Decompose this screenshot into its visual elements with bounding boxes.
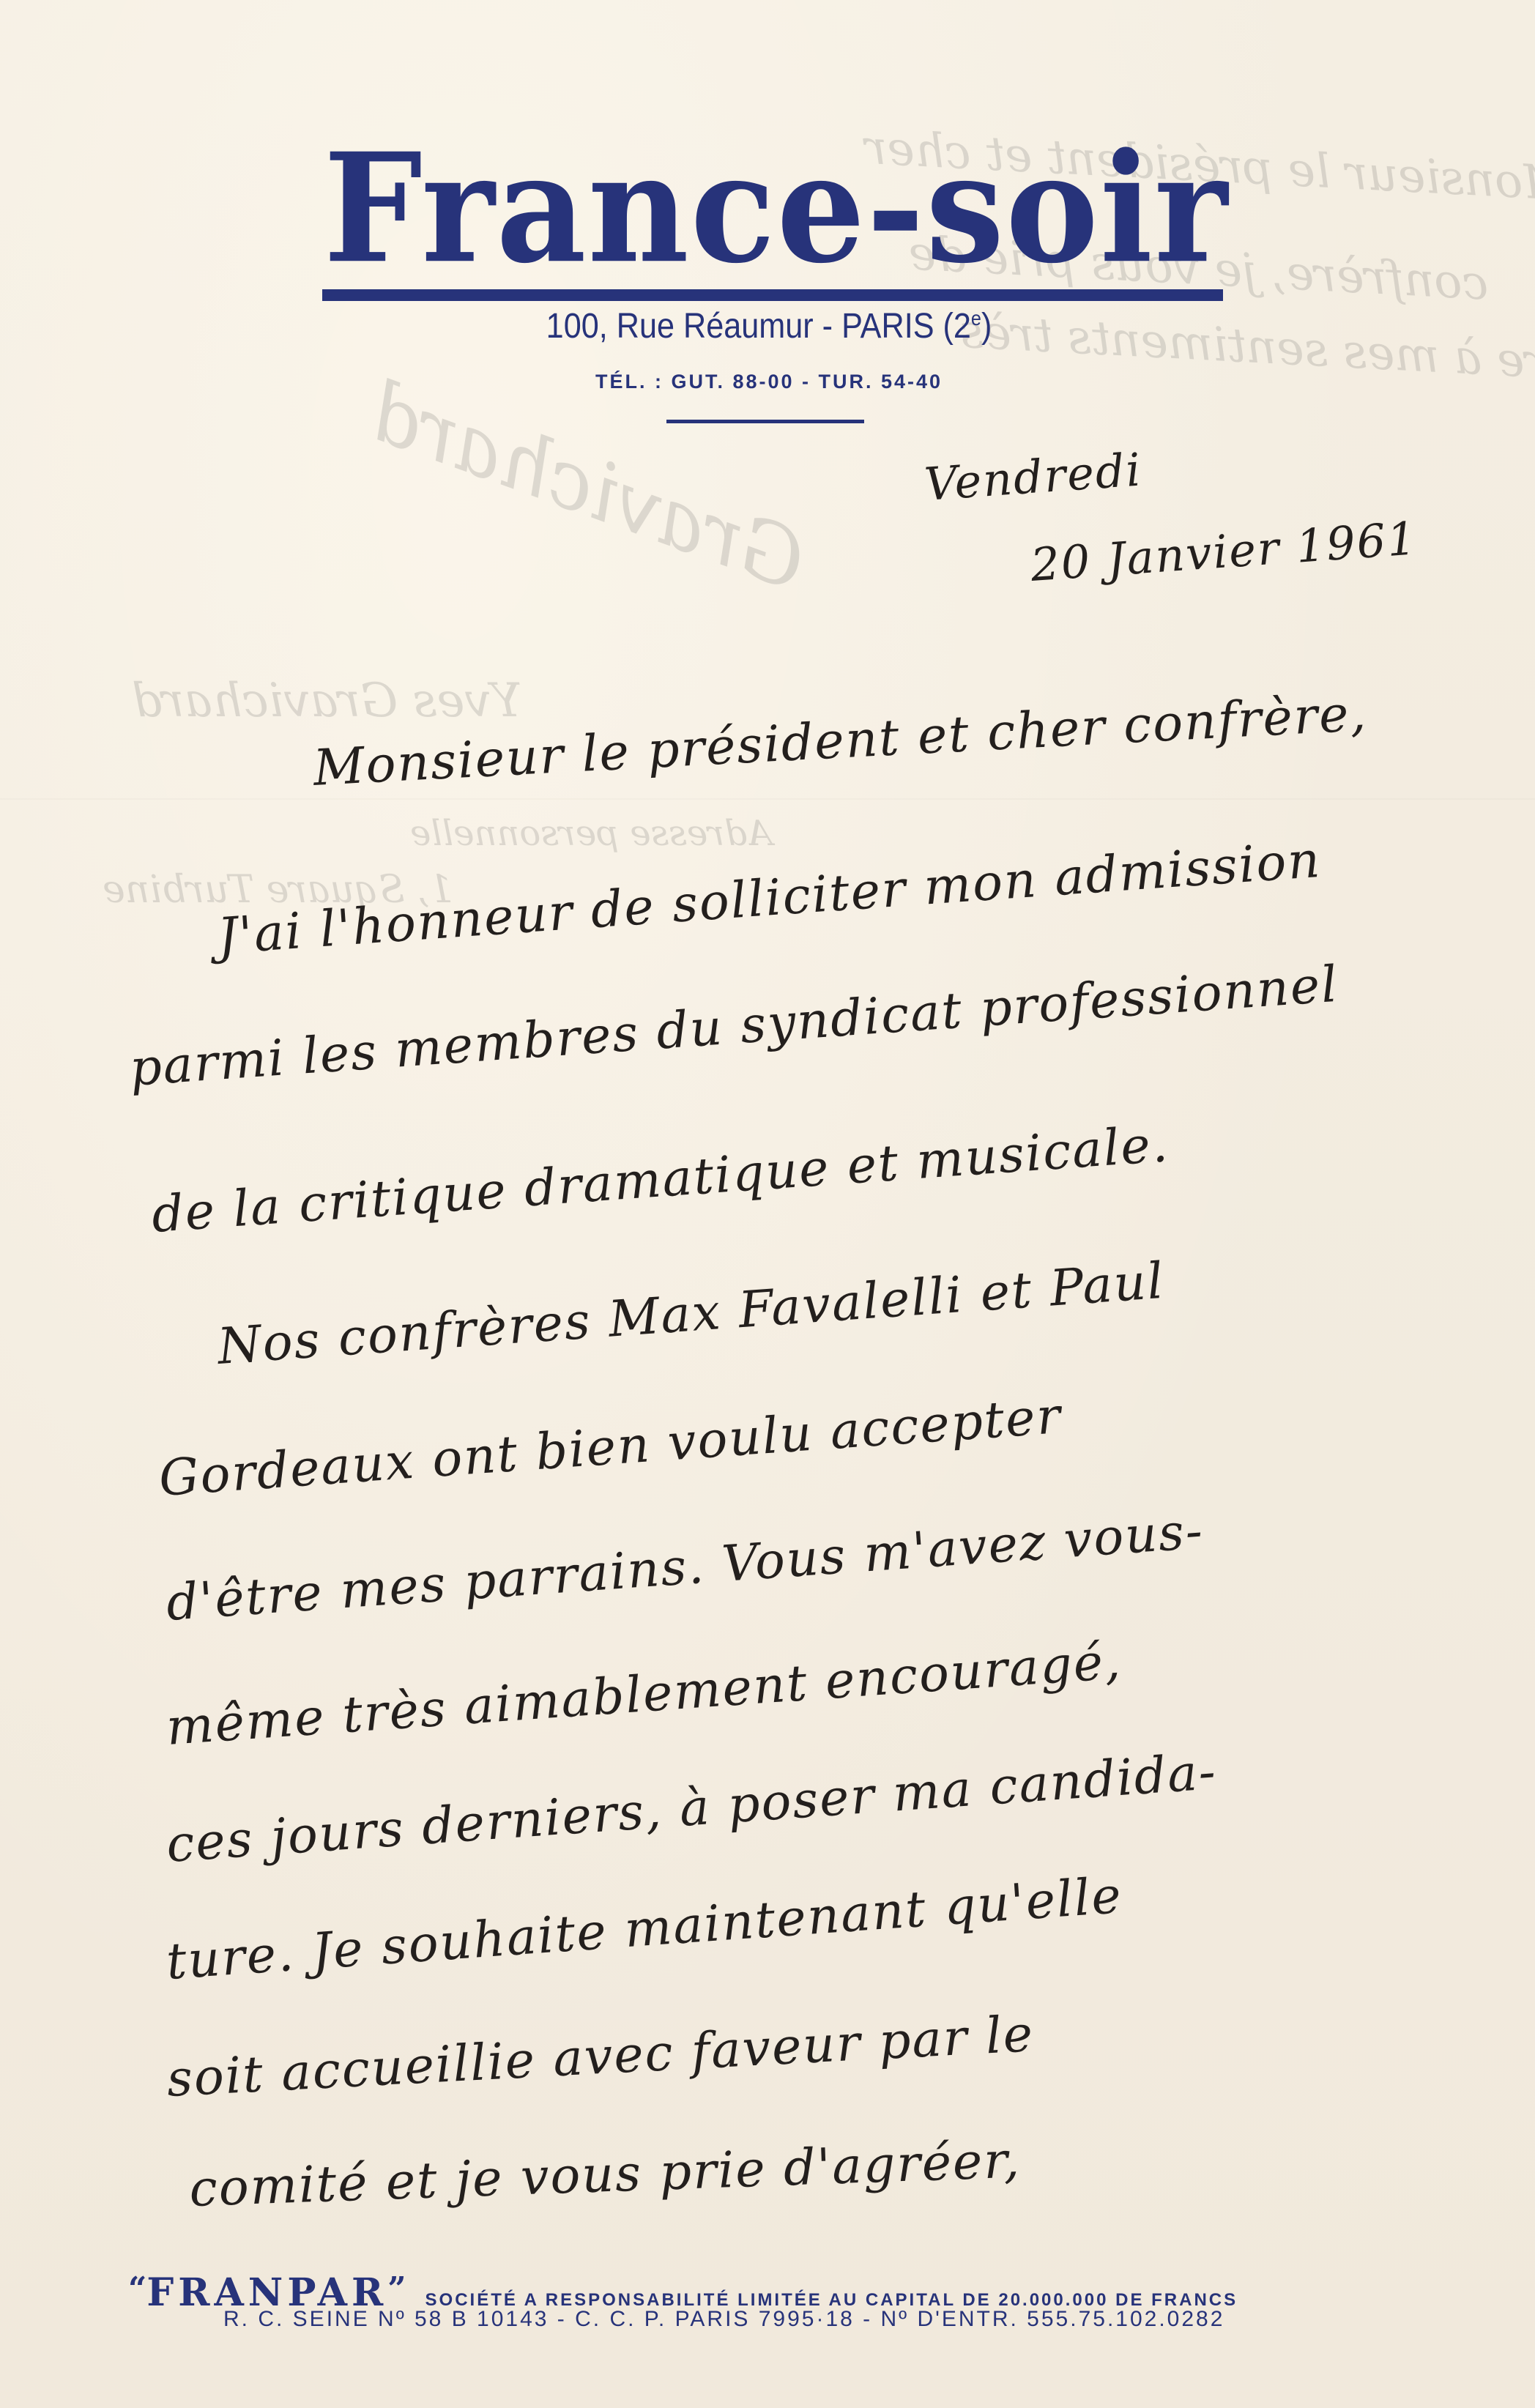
logo-underline [322,289,1223,301]
newspaper-logo: France-soir [322,133,1230,283]
show-through-line: Adresse personnelle [410,813,773,854]
letterhead-divider [666,420,864,423]
footer-quote-close: ” [387,2270,406,2308]
show-through-line: Yves Gravichard [132,674,522,728]
footer-registration: R. C. SEINE Nº 58 B 10143 - C. C. P. PAR… [223,2307,1224,2332]
letterhead-address: 100, Rue Réaumur - PARIS (2e) [472,306,1066,346]
paper-fold [0,798,1535,800]
footer-quote-open: “ [128,2270,146,2308]
letterhead-telephone: TÉL. : GUT. 88-00 - TUR. 54-40 [513,371,1025,393]
